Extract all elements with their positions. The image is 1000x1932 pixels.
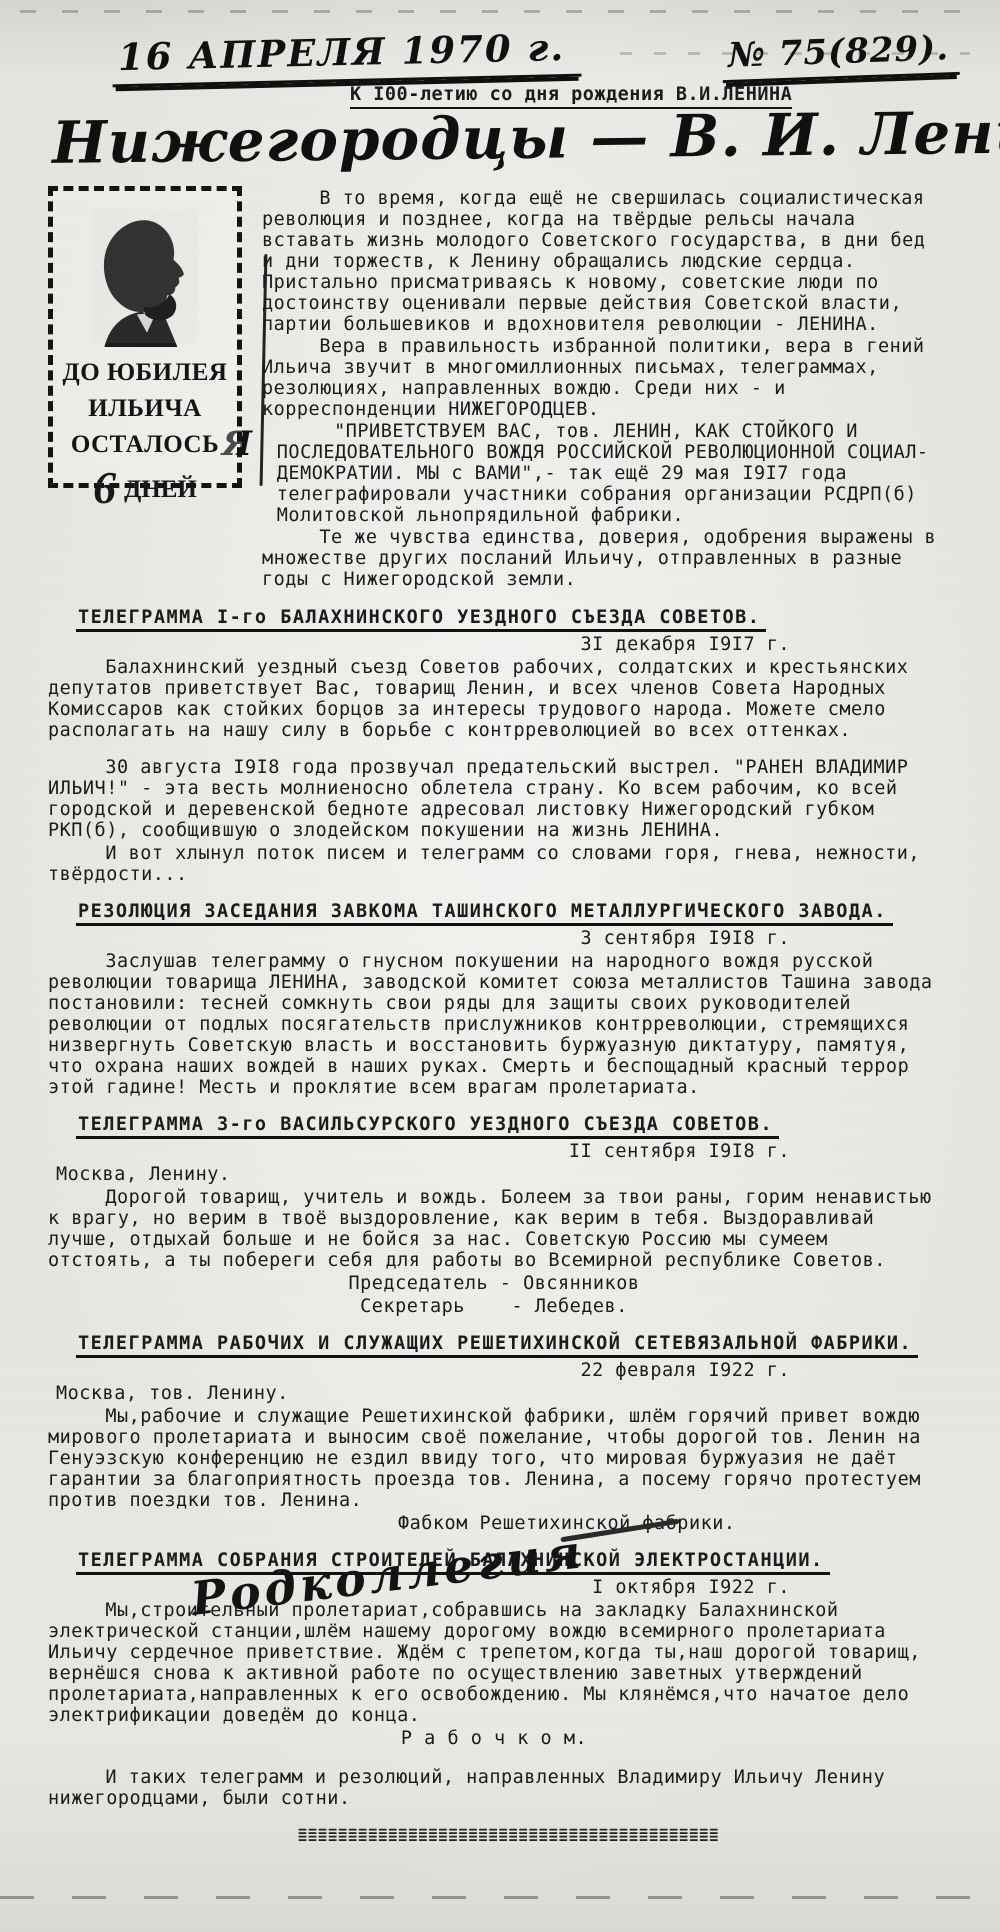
- lenin-portrait-image: [76, 205, 214, 347]
- equals-separator: ========================================…: [298, 1828, 940, 1842]
- intro-quote: "ПРИВЕТСТВУЕМ ВАС, тов. ЛЕНИН, КАК СТОЙК…: [277, 421, 940, 526]
- intro-paragraph-2: Вера в правильность избранной политики, …: [262, 336, 940, 420]
- telegram-section-balakhna: ТЕЛЕГРАММА I-го БАЛАХНИНСКОГО УЕЗДНОГО С…: [48, 607, 940, 741]
- section-title: ТЕЛЕГРАММА I-го БАЛАХНИНСКОГО УЕЗДНОГО С…: [76, 607, 766, 632]
- section-date: 3I декабря I9I7 г.: [48, 634, 940, 655]
- resolution-section-tashino: РЕЗОЛЮЦИЯ ЗАСЕДАНИЯ ЗАВКОМА ТАШИНСКОГО М…: [48, 901, 940, 1098]
- section-body: Балахнинский уездный съезд Советов рабоч…: [48, 657, 940, 741]
- intro-column: В то время, когда ещё не свершилась соци…: [262, 186, 940, 591]
- signature-line: Председатель - Овсянников: [48, 1273, 940, 1294]
- section-date: II сентября I9I8 г.: [48, 1141, 940, 1162]
- intro-row: ДО ЮБИЛЕЯ ИЛЬИЧА ОСТАЛОСЬ 6ДНЕЙ В то вре…: [48, 186, 940, 591]
- telegram-section-reshetikha: ТЕЛЕГРАММА РАБОЧИХ И СЛУЖАЩИХ РЕШЕТИХИНС…: [48, 1333, 940, 1534]
- issue-number: № 75(829).: [721, 28, 960, 83]
- section-body: Заслушав телеграмму о гнусном покушении …: [48, 951, 940, 1098]
- countdown-line-2: ИЛЬИЧА: [59, 395, 231, 423]
- section-body: Дорогой товарищ, учитель и вождь. Болеем…: [48, 1187, 940, 1271]
- sections-area: ТЕЛЕГРАММА I-го БАЛАХНИНСКОГО УЕЗДНОГО С…: [48, 607, 940, 1842]
- document-body: ДО ЮБИЛЕЯ ИЛЬИЧА ОСТАЛОСЬ 6ДНЕЙ В то вре…: [48, 186, 940, 1842]
- signature-line: Секретарь - Лебедев.: [48, 1296, 940, 1317]
- countdown-box: ДО ЮБИЛЕЯ ИЛЬИЧА ОСТАЛОСЬ 6ДНЕЙ: [48, 186, 242, 488]
- telegram-addressee: Москва, Ленину.: [48, 1164, 940, 1185]
- telegram-addressee: Москва, тов. Ленину.: [48, 1383, 940, 1404]
- section-date: 22 февраля I922 г.: [48, 1360, 940, 1381]
- countdown-line-3: ОСТАЛОСЬ: [59, 431, 231, 459]
- section-title: ТЕЛЕГРАММА 3-го ВАСИЛЬСУРСКОГО УЕЗДНОГО …: [76, 1114, 779, 1139]
- page-header: 16 АПРЕЛЯ 1970 г. № 75(829). К I00-летию…: [0, 0, 1000, 28]
- closing-paragraph: И таких телеграмм и резолюций, направлен…: [48, 1767, 940, 1809]
- interlude-paragraph-2: И вот хлынул поток писем и телеграмм со …: [48, 843, 940, 885]
- handwritten-date: 16 АПРЕЛЯ 1970 г.: [111, 25, 581, 88]
- interlude-paragraph-1: 30 августа I9I8 года прозвучал предатель…: [48, 757, 940, 841]
- section-title: ТЕЛЕГРАММА РАБОЧИХ И СЛУЖАЩИХ РЕШЕТИХИНС…: [76, 1333, 918, 1358]
- countdown-line-1: ДО ЮБИЛЕЯ: [59, 359, 231, 387]
- intro-paragraph-3: Те же чувства единства, доверия, одобрен…: [262, 527, 940, 590]
- telegram-section-vasilsursk: ТЕЛЕГРАММА 3-го ВАСИЛЬСУРСКОГО УЕЗДНОГО …: [48, 1114, 940, 1317]
- days-number: 6: [93, 462, 124, 513]
- signature-line: Фабком Решетихинской фабрики.: [48, 1513, 940, 1534]
- scan-artifact-bottom: [0, 1896, 1000, 1899]
- interlude-block: 30 августа I9I8 года прозвучал предатель…: [48, 757, 940, 885]
- section-title: РЕЗОЛЮЦИЯ ЗАСЕДАНИЯ ЗАВКОМА ТАШИНСКОГО М…: [76, 901, 893, 926]
- days-word: ДНЕЙ: [124, 476, 197, 503]
- signature-line: Р а б о ч к о м.: [48, 1728, 940, 1749]
- section-body: Мы,рабочие и служащие Решетихинской фабр…: [48, 1406, 940, 1511]
- intro-paragraph-1: В то время, когда ещё не свершилась соци…: [262, 188, 940, 335]
- section-body: Мы,строительный пролетариат,собравшись н…: [48, 1600, 940, 1726]
- countdown-days: 6ДНЕЙ: [59, 461, 231, 514]
- section-date: 3 сентября I9I8 г.: [48, 928, 940, 949]
- page-title: Нижегородцы — В. И. Ленину: [52, 99, 973, 177]
- scanned-bulletin-page: { "page": { "date_handwritten": "16 АПРЕ…: [0, 0, 1000, 1932]
- separator-row: ========================================…: [298, 1835, 940, 1842]
